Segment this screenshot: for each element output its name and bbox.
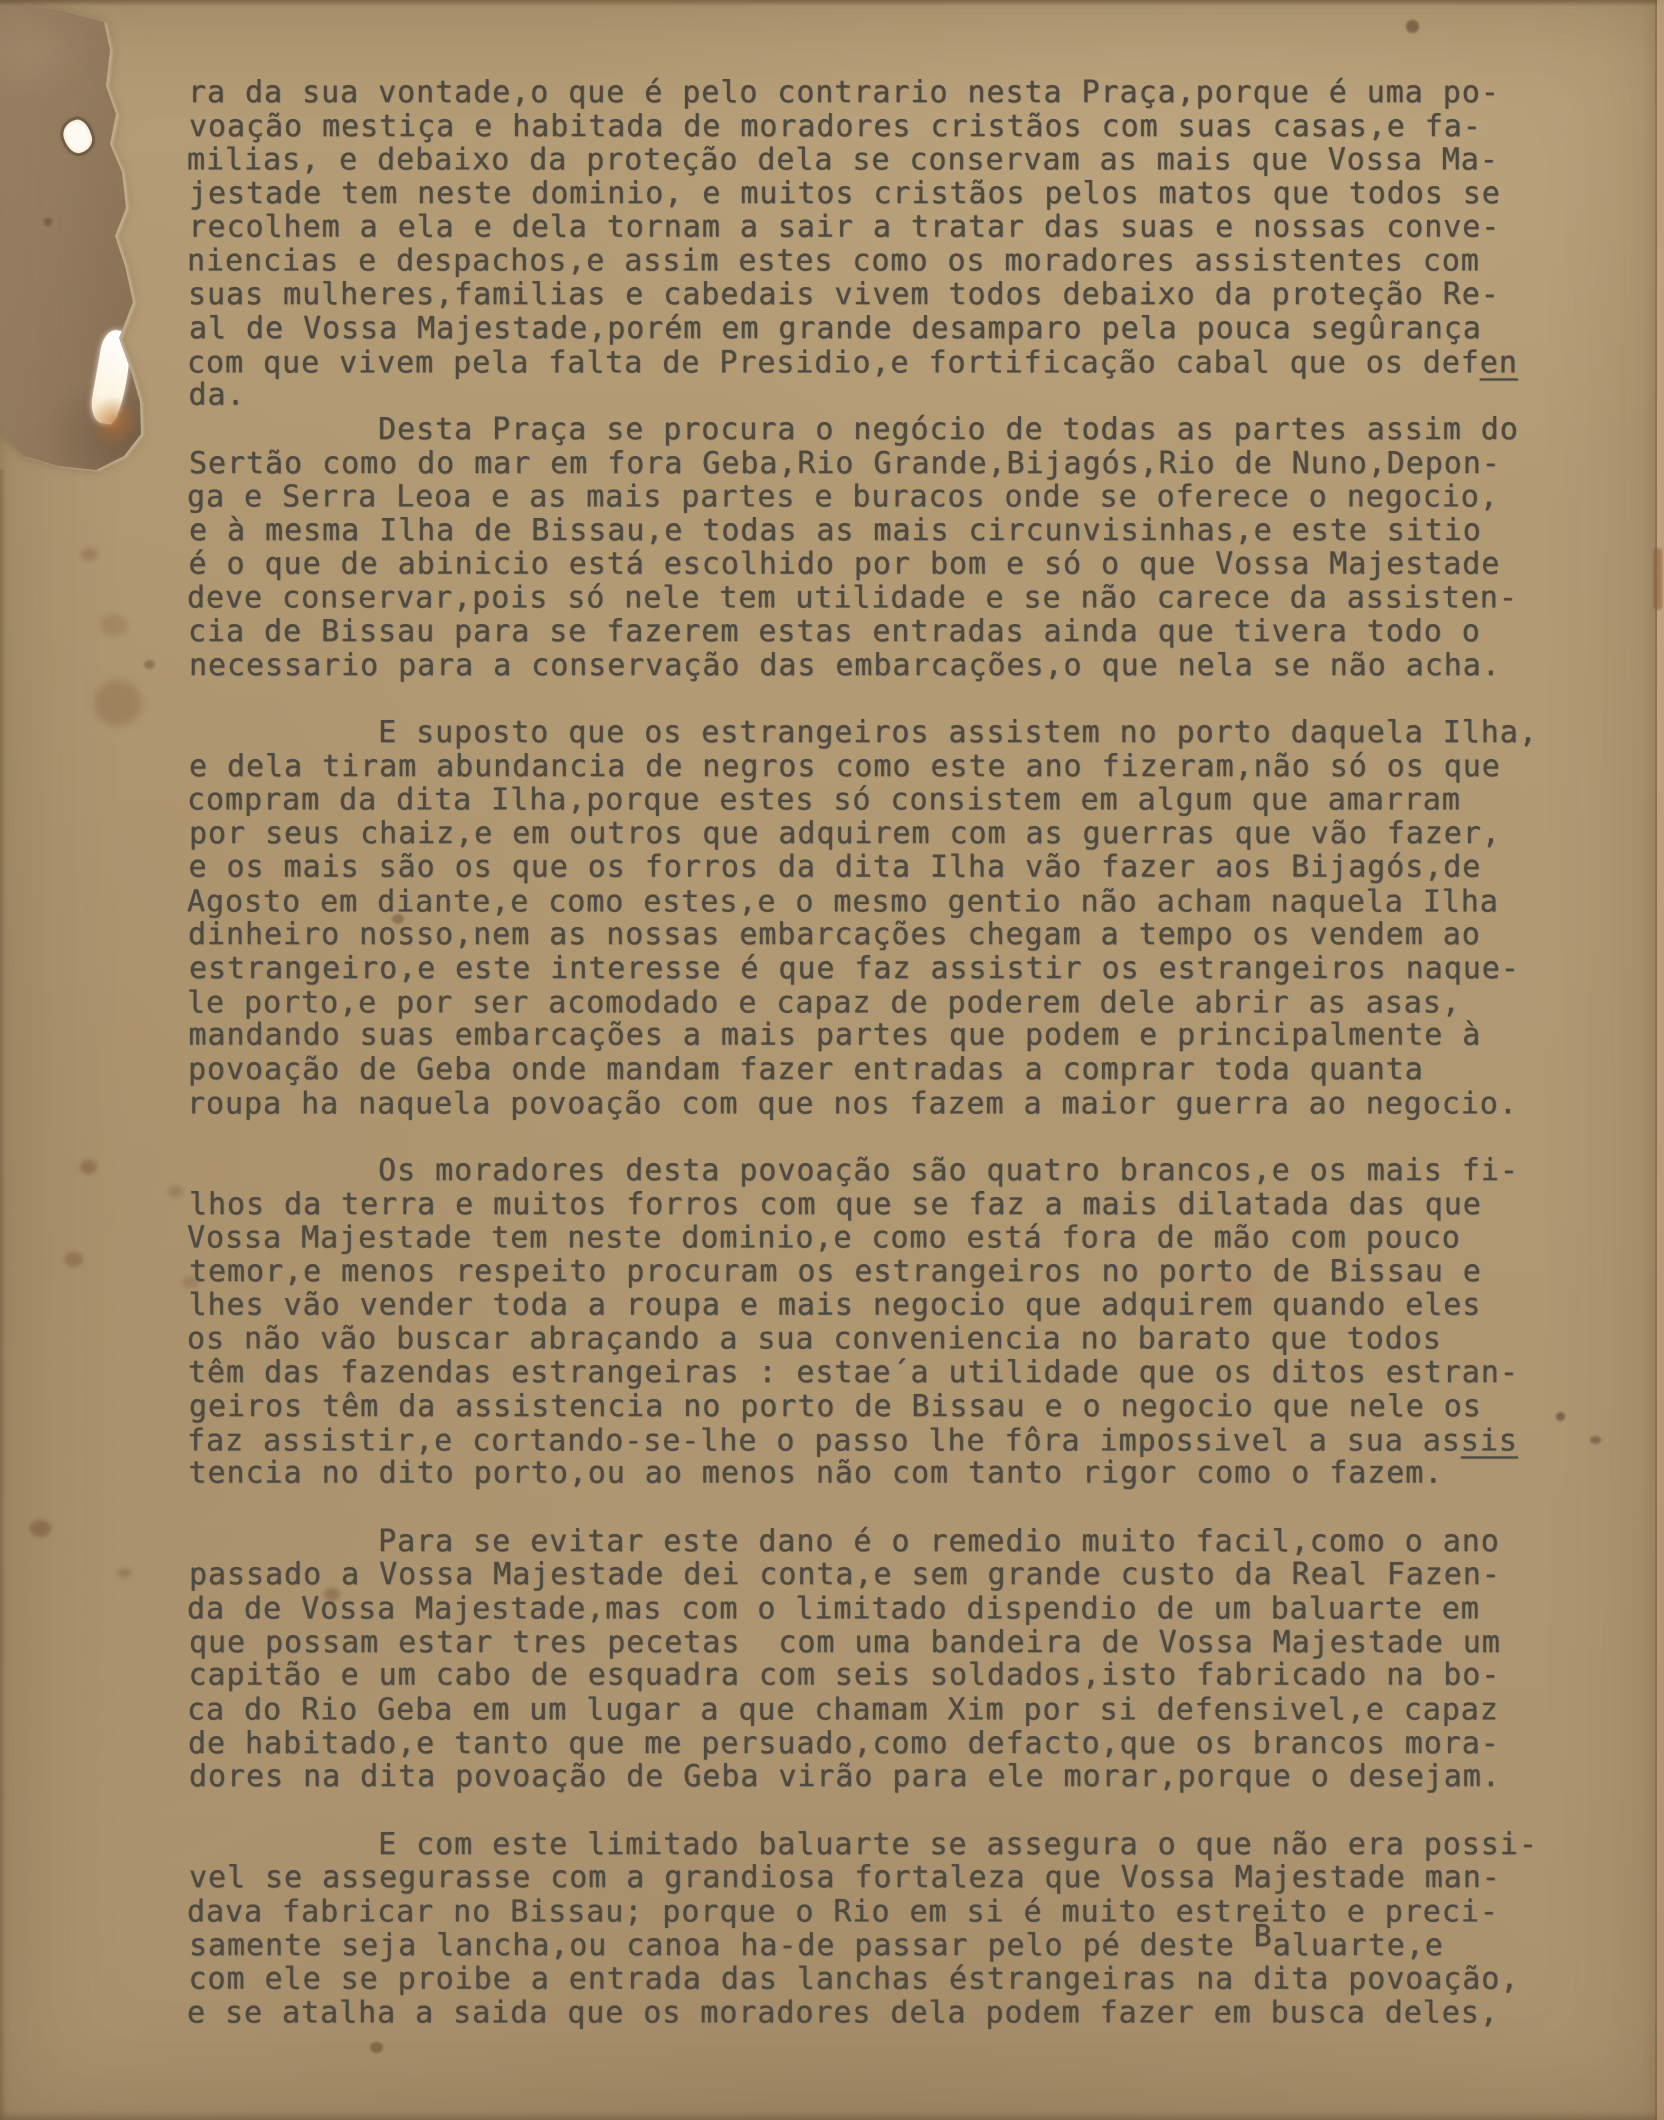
text-line: E suposto que os estrangeiros assistem n… [188,716,1608,750]
document-text: ra da sua vontade,o que é pelo contrario… [188,76,1608,2030]
text-line: ra da sua vontade,o que é pelo contrario… [188,76,1608,110]
text-line: le porto,e por ser acomodado e capaz de … [187,986,1607,1020]
text-line: vel se assegurasse com a grandiosa forta… [189,1861,1609,1895]
stain [118,1568,131,1578]
page-edge-top [0,0,1664,6]
text-line: mandando suas embarcações a mais partes … [189,1019,1609,1053]
text-line: e se atalha a saida que os moradores del… [187,1997,1607,2031]
text-line: suas mulheres,familias e cabedais vivem … [188,278,1608,312]
text-line: deve conservar,pois só nele tem utilidad… [187,582,1607,616]
text-line: povoação de Geba onde mandam fazer entra… [188,1053,1608,1087]
text-line: compram da dita Ilha,porque estes só con… [187,784,1607,818]
text-line: e os mais são os que os forros da dita I… [189,850,1609,884]
stain [30,1520,51,1537]
paper-speck [44,218,52,226]
text-line: da. [189,379,1609,413]
text-line: dores na dita povoação de Geba virão par… [189,1760,1609,1794]
stain [100,614,128,636]
text-line: Vossa Majestade tem neste dominio,e como… [187,1222,1607,1256]
text-line: lhes vão vender toda a roupa e mais nego… [189,1288,1609,1322]
text-line: E com este limitado baluarte se assegura… [188,1828,1608,1862]
text-line: cia de Bissau para se fazerem estas entr… [188,615,1608,649]
stain [94,680,142,726]
text-line: Sertão como do mar em fora Geba,Rio Gran… [189,447,1609,481]
text-line: faz assistir,e cortando-se-lhe o passo l… [187,1424,1607,1458]
document-page: ra da sua vontade,o que é pelo contrario… [0,0,1664,2120]
text-line: estrangeiro,e este interesse é que faz a… [189,952,1609,986]
paragraph: Os moradores desta povoação são quatro b… [188,1154,1608,1491]
paragraph: E suposto que os estrangeiros assistem n… [188,716,1608,1120]
text-line: temor,e menos respeito procuram os estra… [189,1255,1609,1289]
stain [144,660,155,669]
text-line: Desta Praça se procura o negócio de toda… [188,413,1608,447]
text-line: geiros têm da assistencia no porto de Bi… [189,1390,1609,1424]
text-line: por seus chaiz,e em outros que adquirem … [189,817,1609,851]
text-line: os não vão buscar abraçando a sua conven… [187,1323,1607,1357]
torn-paper-patch-surface [0,4,148,474]
text-line: dinheiro nosso,nem as nossas embarcações… [188,918,1608,952]
text-line: necessario para a conservação das embarc… [189,649,1609,683]
text-line: e dela tiram abundancia de negros como e… [189,750,1609,784]
stain [64,1252,83,1267]
text-line: milias, e debaixo da proteção dela se co… [187,144,1607,178]
text-line: capitão e um cabo de esquadra com seis s… [189,1659,1609,1693]
paper-hole [60,117,96,157]
text-line: lhos da terra e muitos forros com que se… [189,1188,1609,1222]
text-line: samente seja lancha,ou canoa ha-de passa… [189,1929,1609,1963]
text-line: ga e Serra Leoa e as mais partes e burac… [187,481,1607,515]
text-line: al de Vossa Majestade,porém em grande de… [189,312,1609,346]
text-line: tencia no dito porto,ou ao menos não com… [189,1457,1609,1491]
text-line: com ele se proibe a entrada das lanchas … [189,1962,1609,1996]
text-line: que possam estar tres pecetas com uma ba… [189,1626,1609,1660]
text-line: têm das fazendas estrangeiras : estae´a … [188,1356,1608,1390]
text-line: Agosto em diante,e como estes,e o mesmo … [187,885,1607,919]
text-line: recolhem a ela e dela tornam a sair a tr… [189,210,1609,244]
stain [168,1186,183,1197]
text-line: de habitado,e tanto que me persuado,como… [188,1727,1608,1761]
text-line: niencias e despachos,e assim estes como … [187,245,1607,279]
torn-paper-patch [0,0,170,500]
text-line: roupa ha naquela povoação com que nos fa… [187,1087,1607,1121]
paragraph: ra da sua vontade,o que é pelo contrario… [188,76,1608,413]
text-line: da de Vossa Majestade,mas com o limitado… [187,1592,1607,1626]
text-line: jestade tem neste dominio, e muitos cris… [189,177,1609,211]
page-edge-right [1657,0,1664,2120]
paragraph: Desta Praça se procura o negócio de toda… [188,413,1608,683]
text-line: e à mesma Ilha de Bissau,e todas as mais… [189,514,1609,548]
text-line: dava fabricar no Bissau; porque o Rio em… [187,1896,1607,1930]
text-line: Para se evitar este dano é o remedio mui… [188,1525,1608,1559]
text-line: com que vivem pela falta de Presidio,e f… [187,346,1607,380]
page-edge-bottom [0,2111,1664,2120]
text-line: ca do Rio Geba em um lugar a que chamam … [187,1693,1607,1727]
stain [1406,20,1419,33]
text-line: voação mestiça e habitada de moradores c… [189,110,1609,144]
page-edge-left [0,470,6,2120]
paragraph: Para se evitar este dano é o remedio mui… [188,1525,1608,1795]
text-line: Os moradores desta povoação são quatro b… [188,1154,1608,1188]
stain [80,1160,97,1174]
paper-tear-fringe [90,396,138,448]
paragraph: E com este limitado baluarte se assegura… [188,1828,1608,2030]
page-edge-mark [1653,548,1662,610]
text-line: é o que de abinicio está escolhido por b… [189,547,1609,581]
stain [80,548,98,561]
stain [370,2042,383,2053]
text-line: passado a Vossa Majestade dei conta,e se… [189,1558,1609,1592]
